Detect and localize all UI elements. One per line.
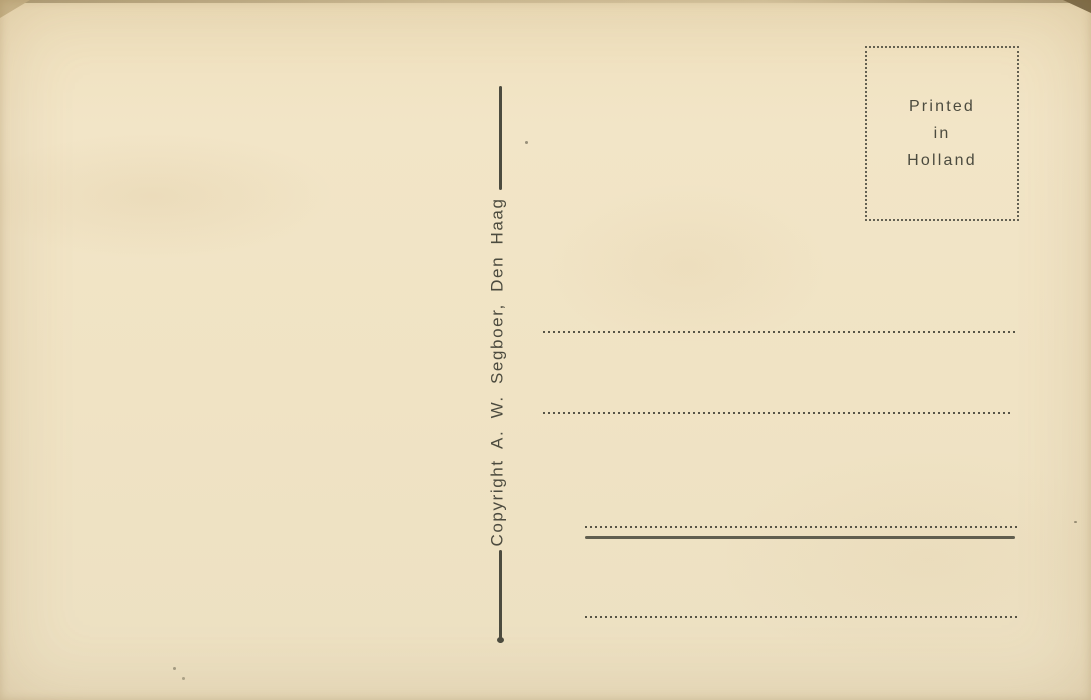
- paper-speck: [525, 141, 528, 144]
- paper-speck: [1074, 521, 1077, 523]
- corner-wear-top-left: [0, 0, 30, 18]
- paper-speck: [182, 677, 185, 680]
- address-line-1: [543, 331, 1016, 333]
- address-line-3-rule: [585, 536, 1015, 539]
- address-line-3: [585, 526, 1017, 528]
- stamp-box: Printed in Holland: [865, 46, 1019, 221]
- paper-speck: [173, 667, 176, 670]
- copyright-text: Copyright A. W. Segboer, Den Haag: [488, 200, 512, 547]
- paper-top-edge: [0, 0, 1091, 3]
- address-line-4: [585, 616, 1017, 618]
- stamp-box-line: Holland: [907, 152, 977, 170]
- address-line-2: [543, 412, 1011, 414]
- divider-line-bottom: [499, 550, 502, 643]
- stamp-box-line: in: [934, 125, 951, 143]
- postcard-back: Copyright A. W. Segboer, Den Haag Printe…: [0, 0, 1091, 700]
- divider-line-top: [499, 86, 502, 190]
- stamp-box-line: Printed: [909, 98, 975, 116]
